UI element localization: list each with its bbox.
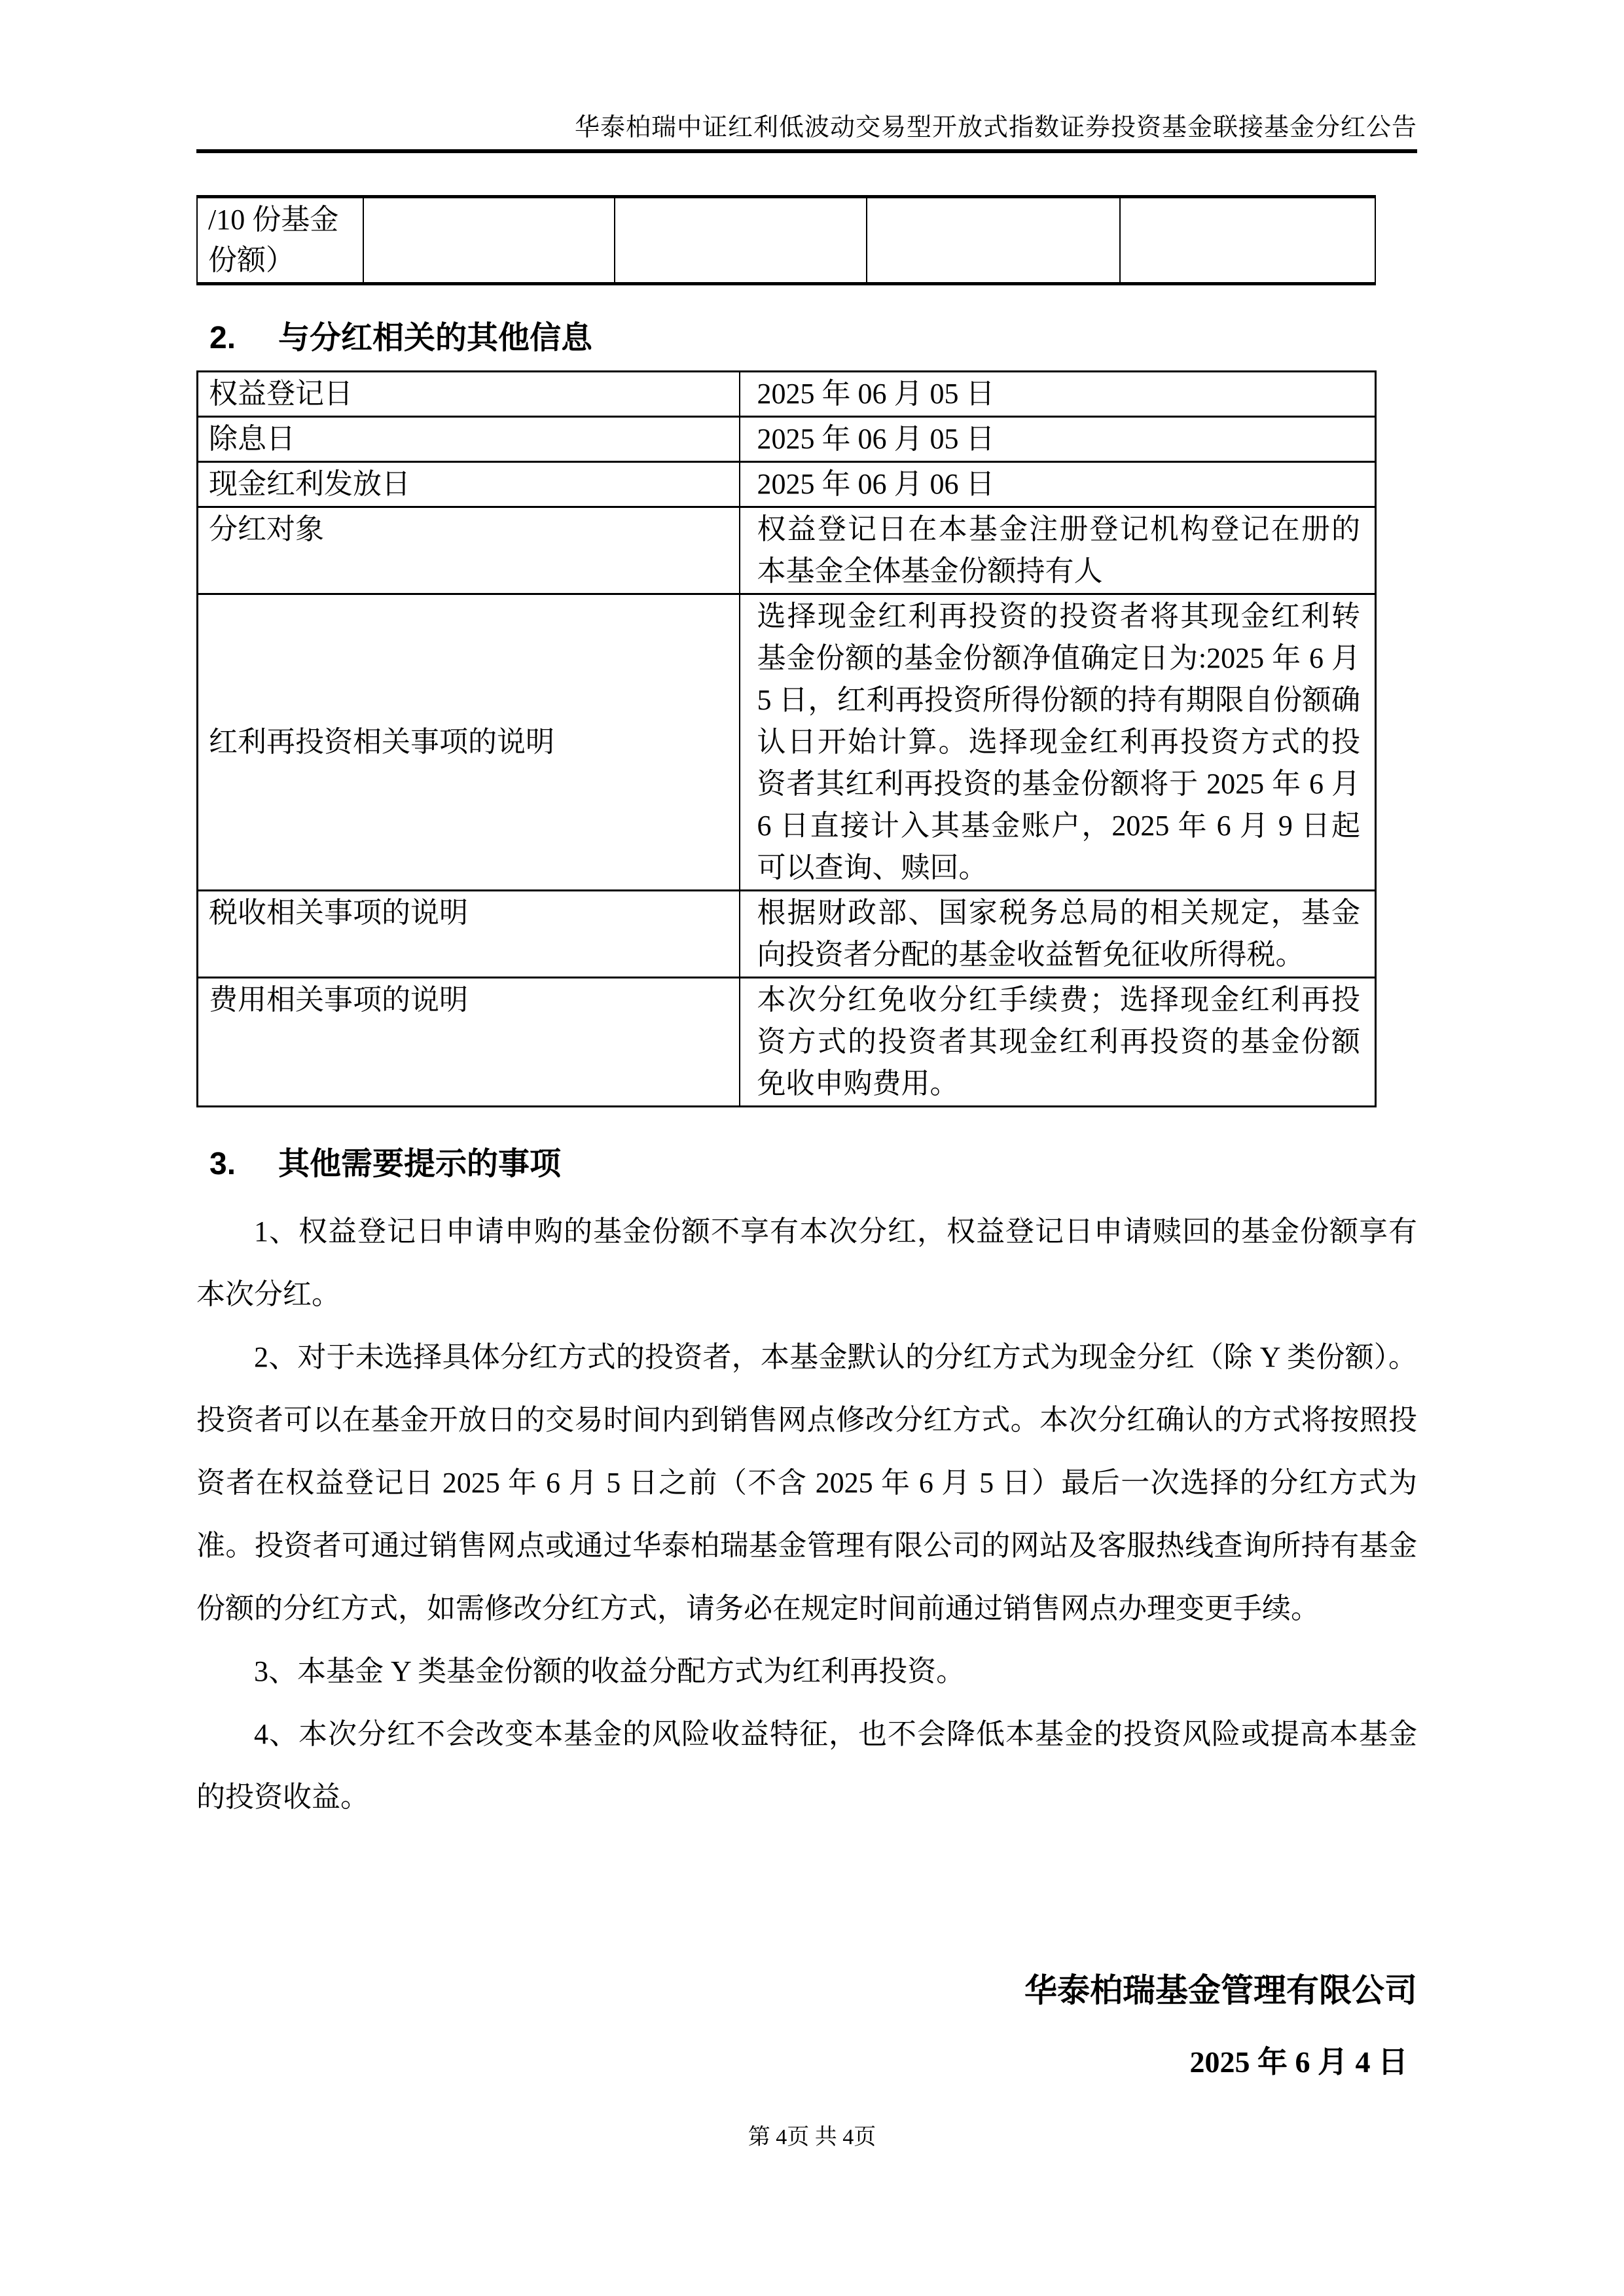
table-row: 权益登记日 2025 年 06 月 05 日 bbox=[198, 372, 1376, 417]
continuation-table: /10 份基金份额） bbox=[196, 195, 1376, 285]
table-row: 除息日 2025 年 06 月 05 日 bbox=[198, 417, 1376, 462]
row-value: 本次分红免收分红手续费；选择现金红利再投资方式的投资者其现金红利再投资的基金份额… bbox=[740, 978, 1376, 1107]
section3-title: 其他需要提示的事项 bbox=[278, 1147, 561, 1181]
row-value: 权益登记日在本基金注册登记机构登记在册的本基金全体基金份额持有人 bbox=[740, 507, 1376, 594]
table-row: 红利再投资相关事项的说明 选择现金红利再投资的投资者将其现金红利转基金份额的基金… bbox=[198, 594, 1376, 891]
table-row: /10 份基金份额） bbox=[197, 197, 1375, 284]
section3-heading: 3.其他需要提示的事项 bbox=[196, 1147, 1417, 1182]
paragraph: 1、权益登记日申请申购的基金份额不享有本次分红，权益登记日申请赎回的基金份额享有… bbox=[196, 1200, 1417, 1326]
paragraph: 2、对于未选择具体分红方式的投资者，本基金默认的分红方式为现金分红（除 Y 类份… bbox=[196, 1326, 1417, 1640]
table-row: 分红对象 权益登记日在本基金注册登记机构登记在册的本基金全体基金份额持有人 bbox=[198, 507, 1376, 594]
section2-heading: 2.与分红相关的其他信息 bbox=[196, 321, 1417, 356]
table-row: 费用相关事项的说明 本次分红免收分红手续费；选择现金红利再投资方式的投资者其现金… bbox=[198, 978, 1376, 1107]
page-number: 第 4页 共 4页 bbox=[748, 2125, 876, 2149]
section2-title: 与分红相关的其他信息 bbox=[278, 321, 592, 355]
header-rule bbox=[196, 149, 1417, 153]
signature-block: 华泰柏瑞基金管理有限公司 2025 年 6 月 4 日 bbox=[196, 1969, 1417, 2082]
continuation-cell-label: /10 份基金份额） bbox=[197, 197, 363, 284]
continuation-cell bbox=[1120, 197, 1375, 284]
row-value: 选择现金红利再投资的投资者将其现金红利转基金份额的基金份额净值确定日为:2025… bbox=[740, 594, 1376, 891]
table-row: 税收相关事项的说明 根据财政部、国家税务总局的相关规定，基金向投资者分配的基金收… bbox=[198, 891, 1376, 978]
section3-body: 1、权益登记日申请申购的基金份额不享有本次分红，权益登记日申请赎回的基金份额享有… bbox=[196, 1200, 1417, 1829]
page-content: 华泰柏瑞中证红利低波动交易型开放式指数证券投资基金联接基金分红公告 /10 份基… bbox=[0, 0, 1624, 2082]
dividend-info-table: 权益登记日 2025 年 06 月 05 日 除息日 2025 年 06 月 0… bbox=[196, 370, 1377, 1107]
paragraph: 4、本次分红不会改变本基金的风险收益特征，也不会降低本基金的投资风险或提高本基金… bbox=[196, 1703, 1417, 1829]
row-value: 根据财政部、国家税务总局的相关规定，基金向投资者分配的基金收益暂免征收所得税。 bbox=[740, 891, 1376, 978]
continuation-cell bbox=[867, 197, 1120, 284]
section3-number: 3. bbox=[209, 1147, 278, 1182]
page-footer: 第 4页 共 4页 bbox=[0, 2123, 1624, 2152]
row-label: 现金红利发放日 bbox=[198, 462, 740, 507]
running-header: 华泰柏瑞中证红利低波动交易型开放式指数证券投资基金联接基金分红公告 bbox=[196, 0, 1417, 143]
row-value: 2025 年 06 月 06 日 bbox=[740, 462, 1376, 507]
section2-number: 2. bbox=[209, 321, 278, 356]
signature-company: 华泰柏瑞基金管理有限公司 bbox=[196, 1969, 1417, 2011]
paragraph: 3、本基金 Y 类基金份额的收益分配方式为红利再投资。 bbox=[196, 1640, 1417, 1703]
row-label: 税收相关事项的说明 bbox=[198, 891, 740, 978]
running-header-title: 华泰柏瑞中证红利低波动交易型开放式指数证券投资基金联接基金分红公告 bbox=[575, 114, 1417, 141]
row-label: 权益登记日 bbox=[198, 372, 740, 417]
row-value: 2025 年 06 月 05 日 bbox=[740, 372, 1376, 417]
table-row: 现金红利发放日 2025 年 06 月 06 日 bbox=[198, 462, 1376, 507]
row-label: 红利再投资相关事项的说明 bbox=[198, 594, 740, 891]
row-label: 除息日 bbox=[198, 417, 740, 462]
row-label: 费用相关事项的说明 bbox=[198, 978, 740, 1107]
row-label: 分红对象 bbox=[198, 507, 740, 594]
continuation-cell bbox=[615, 197, 867, 284]
continuation-cell bbox=[363, 197, 615, 284]
row-value: 2025 年 06 月 05 日 bbox=[740, 417, 1376, 462]
document-page: 华泰柏瑞中证红利低波动交易型开放式指数证券投资基金联接基金分红公告 /10 份基… bbox=[0, 0, 1624, 2296]
signature-date: 2025 年 6 月 4 日 bbox=[196, 2043, 1417, 2082]
